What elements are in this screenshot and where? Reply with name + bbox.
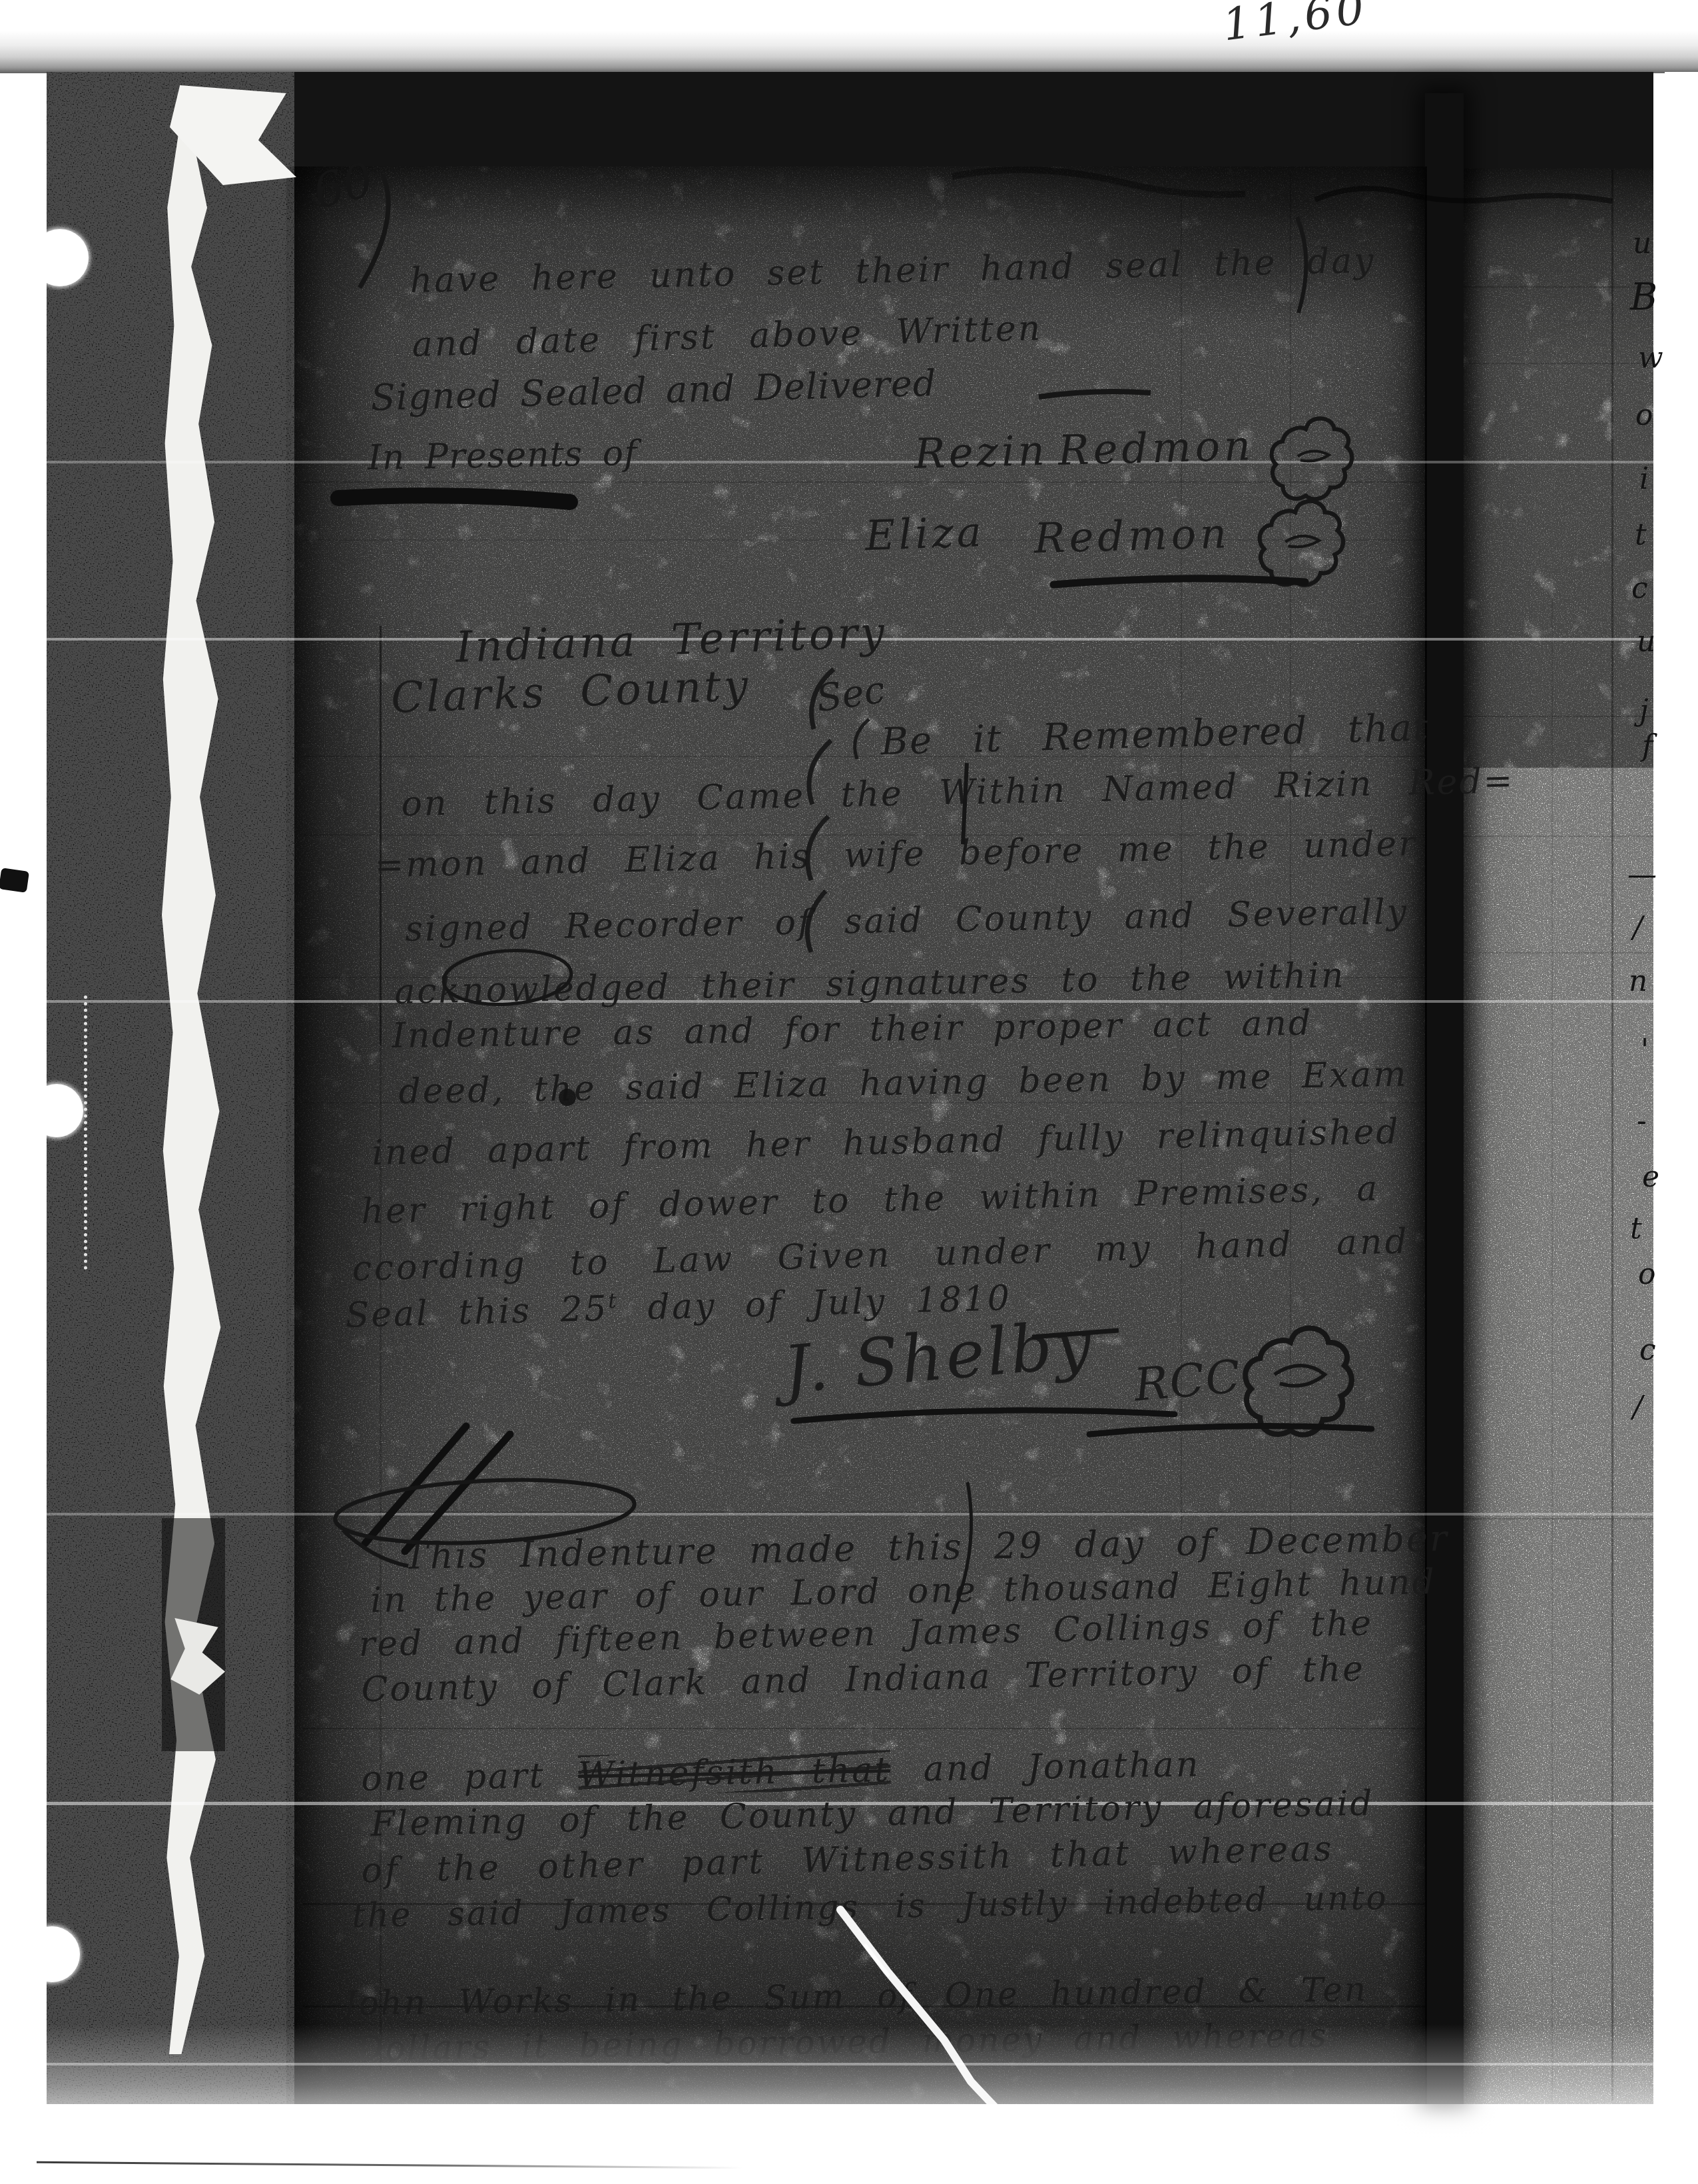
ruled-line-adjacent xyxy=(1464,286,1653,288)
signature-rezin-last: Redmon xyxy=(1057,421,1255,475)
edge-letter-fragment: - xyxy=(1637,1104,1647,1138)
ruled-line xyxy=(303,481,1425,483)
line-prefix: one part xyxy=(361,1755,579,1799)
edge-letter-fragment: c xyxy=(1631,571,1648,605)
edge-letter-fragment: / xyxy=(1633,911,1643,945)
signature-eliza-last: Redmon xyxy=(1033,509,1231,563)
line-suffix: and Jonathan xyxy=(890,1745,1201,1790)
scanner-top-strip xyxy=(0,0,1698,73)
ruled-line-adjacent-page xyxy=(1611,170,1613,2101)
edge-letter-fragment: t xyxy=(1630,1212,1642,1246)
punch-hole xyxy=(30,1084,83,1137)
ruled-line-adjacent xyxy=(1464,836,1653,837)
right-white-margin xyxy=(1665,72,1698,2184)
margin-rule-line xyxy=(380,626,382,1045)
punch-hole xyxy=(24,1926,80,1982)
adjacent-page-column xyxy=(1464,168,1653,2104)
edge-letter-fragment: t xyxy=(1635,518,1647,552)
ruled-line xyxy=(303,1728,1425,1729)
officer-title: RCC xyxy=(1132,1350,1244,1412)
edge-letter-fragment: — xyxy=(1627,858,1657,892)
ruled-line-adjacent-page xyxy=(1552,599,1553,2104)
ruled-line xyxy=(303,539,1425,541)
ruled-line-adjacent xyxy=(1464,716,1653,717)
ruled-line-adjacent xyxy=(1464,952,1653,954)
edge-letter-fragment: e xyxy=(1642,1160,1659,1194)
ruled-line-adjacent xyxy=(1464,363,1653,364)
edge-letter-fragment: n xyxy=(1629,964,1647,998)
edge-letter-fragment: o xyxy=(1638,1257,1656,1291)
ruled-line xyxy=(303,756,1425,757)
edge-letter-fragment: j xyxy=(1639,694,1649,728)
edge-letter-fragment: ' xyxy=(1641,1033,1649,1067)
film-perforation-line xyxy=(84,995,87,1270)
edge-letter-fragment: u xyxy=(1633,226,1651,260)
edge-letter-fragment: c xyxy=(1639,1333,1656,1367)
edge-letter-fragment: w xyxy=(1638,341,1663,375)
attestation-line: In Presents of xyxy=(368,433,638,478)
ink-blob-margin xyxy=(0,868,29,893)
signature-rezin-first: Rezin xyxy=(914,426,1049,478)
ruled-line-adjacent xyxy=(1464,1518,1653,1519)
scan-streak xyxy=(0,1513,1698,1515)
bottom-scan-fade xyxy=(0,2024,1698,2184)
edge-letter-fragment: i xyxy=(1639,462,1649,496)
date-superscript: t xyxy=(608,1289,619,1313)
crossed-out-words: Witnefsith that xyxy=(578,1750,891,1795)
signature-eliza-first: Eliza xyxy=(864,507,986,560)
date-prefix: Seal this 25 xyxy=(345,1289,609,1336)
edge-letter-fragment: / xyxy=(1633,1390,1643,1424)
scan-streak xyxy=(0,461,1698,463)
punch-hole xyxy=(31,229,89,286)
edge-letter-fragment: u xyxy=(1637,625,1655,659)
edge-letter-fragment: f xyxy=(1642,729,1653,763)
scanned-deed-document: 11,60 60 have here unto set their hand s… xyxy=(0,0,1698,2184)
edge-letter-fragment: o xyxy=(1635,398,1653,432)
edge-letter-fragment: B xyxy=(1630,276,1657,319)
